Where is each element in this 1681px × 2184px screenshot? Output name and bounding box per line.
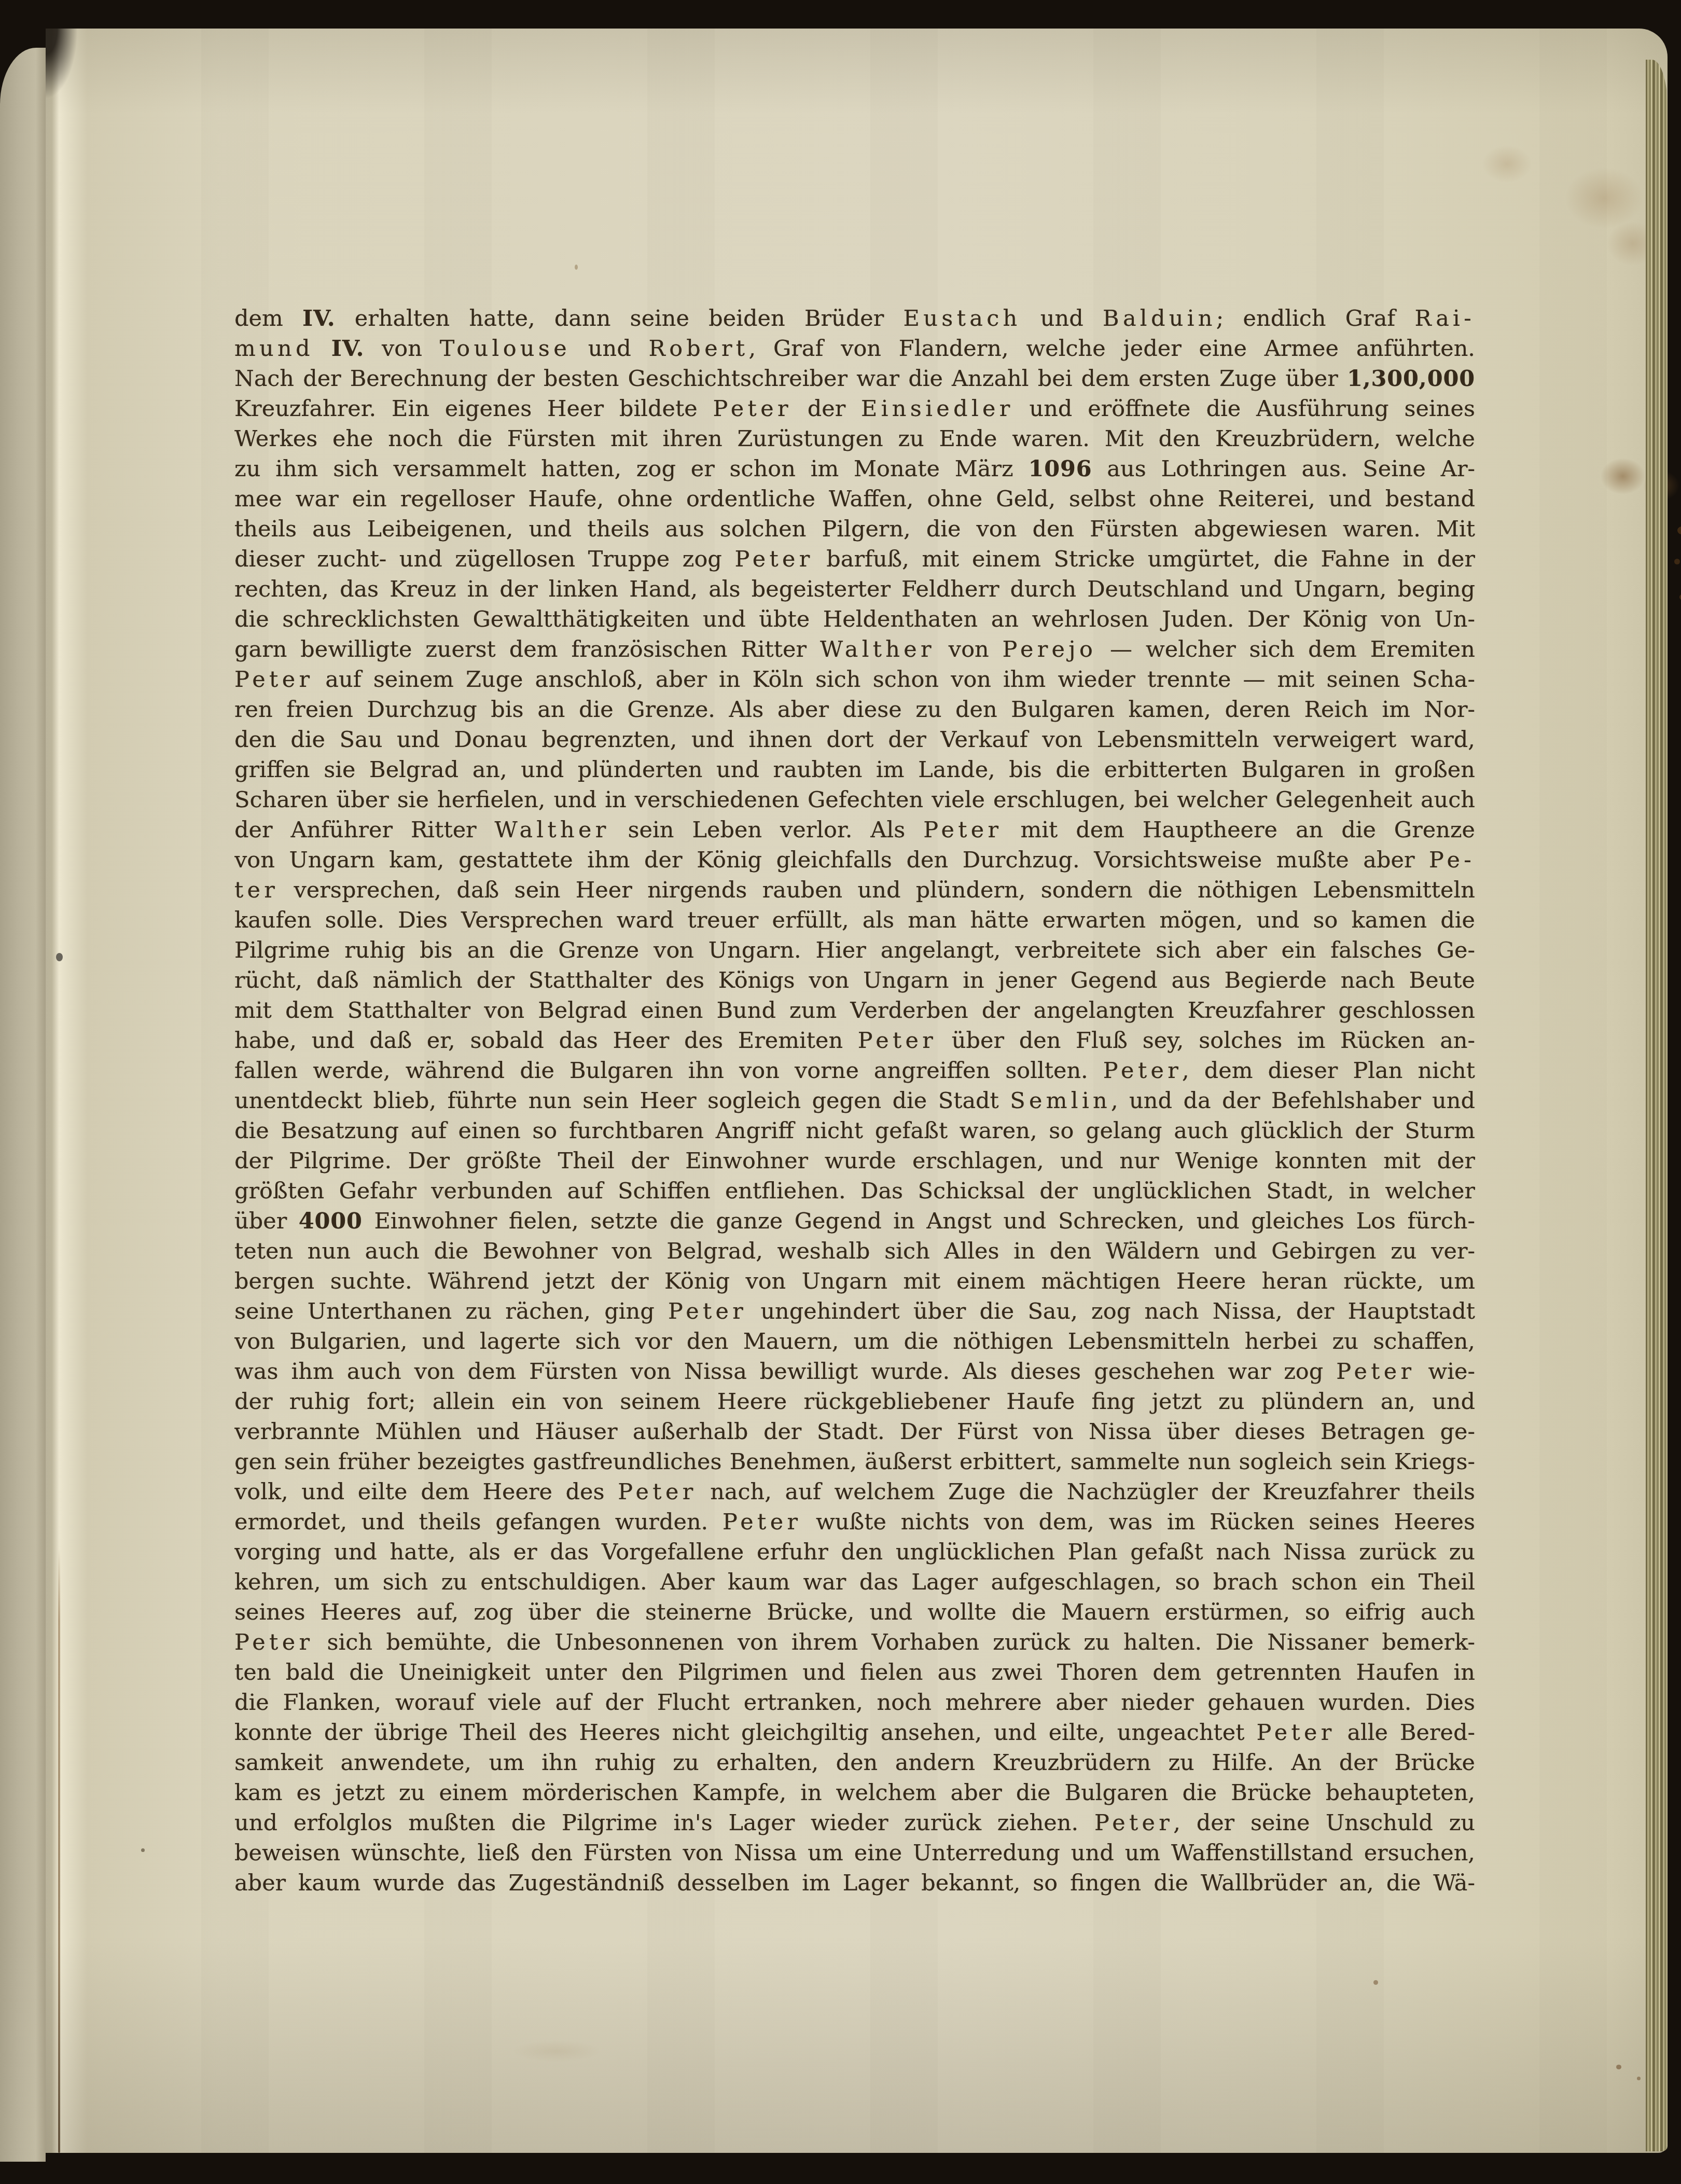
ink-speck [1677, 527, 1681, 534]
text-line: dem IV. erhalten hatte, dann seine beide… [234, 303, 1475, 334]
text-line: Werkes ehe noch die Fürsten mit ihren Zu… [234, 424, 1475, 454]
text-line: habe, und daß er, sobald das Heer des Er… [234, 1026, 1475, 1056]
text-line: seine Unterthanen zu rächen, ging Peter … [234, 1296, 1475, 1326]
text-line: Peter auf seinem Zuge anschloß, aber in … [234, 665, 1475, 695]
text-line: zu ihm sich versammelt hatten, zog er sc… [234, 454, 1475, 484]
text-line: mund IV. von Toulouse und Robert, Graf v… [234, 334, 1475, 364]
text-line: Kreuzfahrer. Ein eigenes Heer bildete Pe… [234, 394, 1475, 424]
text-line: bergen suchte. Während jetzt der König v… [234, 1266, 1475, 1296]
text-line: ermordet, und theils gefangen wurden. Pe… [234, 1507, 1475, 1537]
text-line: rücht, daß nämlich der Statthalter des K… [234, 965, 1475, 996]
ink-speck [1616, 2065, 1621, 2069]
text-line: die Besatzung auf einen so furchtbaren A… [234, 1116, 1475, 1146]
foxing-stain [1601, 458, 1645, 494]
ink-speck [141, 1848, 145, 1852]
text-line: von Ungarn kam, gestattete ihm der König… [234, 845, 1475, 875]
text-line: unentdeckt blieb, führte nun sein Heer s… [234, 1086, 1475, 1116]
text-line: ter versprechen, daß sein Heer nirgends … [234, 875, 1475, 905]
foxing-stain [1482, 145, 1532, 183]
text-line: mit dem Statthalter von Belgrad einen Bu… [234, 996, 1475, 1026]
text-line: konnte der übrige Theil des Heeres nicht… [234, 1718, 1475, 1748]
foxing-stain [1565, 168, 1643, 229]
text-line: gen sein früher bezeigtes gastfreundlich… [234, 1447, 1475, 1477]
book-photo: dem IV. erhalten hatte, dann seine beide… [0, 0, 1681, 2184]
text-line: kaufen solle. Dies Versprechen ward treu… [234, 905, 1475, 935]
text-line: verbrannte Mühlen und Häuser außerhalb d… [234, 1417, 1475, 1447]
text-line: Peter sich bemühte, die Unbesonnenen von… [234, 1627, 1475, 1657]
text-line: fallen werde, während die Bulgaren ihn v… [234, 1056, 1475, 1086]
text-line: griffen sie Belgrad an, und plünderten u… [234, 755, 1475, 785]
text-line: über 4000 Einwohner fielen, setzte die g… [234, 1206, 1475, 1236]
text-line: der Anführer Ritter Walther sein Leben v… [234, 815, 1475, 845]
text-line: größten Gefahr verbunden auf Schiffen en… [234, 1176, 1475, 1206]
page-stack-edge [1646, 60, 1668, 2151]
gutter-crease [58, 1549, 60, 2153]
text-line: samkeit anwendete, um ihn ruhig zu erhal… [234, 1748, 1475, 1778]
text-line: theils aus Leibeigenen, und theils aus s… [234, 514, 1475, 544]
text-line: teten nun auch die Bewohner von Belgrad,… [234, 1236, 1475, 1266]
text-line: die schrecklichsten Gewaltthätigkeiten u… [234, 604, 1475, 634]
ink-speck [1373, 1980, 1378, 1985]
text-line: kehren, um sich zu entschuldigen. Aber k… [234, 1567, 1475, 1597]
text-line: Pilgrime ruhig bis an die Grenze von Ung… [234, 935, 1475, 965]
text-line: Scharen über sie herfielen, und in versc… [234, 785, 1475, 815]
book-page: dem IV. erhalten hatte, dann seine beide… [46, 29, 1668, 2153]
paper-fiber [575, 265, 578, 270]
text-line: der ruhig fort; allein ein von seinem He… [234, 1387, 1475, 1417]
text-line: ten bald die Uneinigkeit unter den Pilgr… [234, 1657, 1475, 1688]
gutter-top-shadow [46, 29, 79, 101]
text-line: aber kaum wurde das Zugeständniß desselb… [234, 1868, 1475, 1898]
gutter-speck [56, 953, 63, 961]
text-line: mee war ein regelloser Haufe, ohne orden… [234, 484, 1475, 514]
text-line: ren freien Durchzug bis an die Grenze. A… [234, 695, 1475, 725]
ink-speck [1674, 559, 1680, 564]
text-line: seines Heeres auf, zog über die steinern… [234, 1597, 1475, 1627]
text-line: was ihm auch von dem Fürsten von Nissa b… [234, 1357, 1475, 1387]
page-text: dem IV. erhalten hatte, dann seine beide… [234, 303, 1475, 1898]
text-line: volk, und eilte dem Heere des Peter nach… [234, 1477, 1475, 1507]
text-line: vorging und hatte, als er das Vorgefalle… [234, 1537, 1475, 1567]
text-line: und erfolglos mußten die Pilgrime in's L… [234, 1808, 1475, 1838]
foxing-stain [512, 2040, 601, 2062]
ink-speck [1637, 2077, 1641, 2080]
text-line: Nach der Berechnung der besten Geschicht… [234, 364, 1475, 394]
text-line: den die Sau und Donau begrenzten, und ih… [234, 725, 1475, 755]
previous-page-edge [0, 48, 46, 2162]
text-line: von Bulgarien, und lagerte sich vor den … [234, 1326, 1475, 1357]
text-line: die Flanken, worauf viele auf der Flucht… [234, 1688, 1475, 1718]
text-line: der Pilgrime. Der größte Theil der Einwo… [234, 1146, 1475, 1176]
text-line: kam es jetzt zu einem mörderischen Kampf… [234, 1778, 1475, 1808]
text-line: garn bewilligte zuerst dem französischen… [234, 634, 1475, 665]
text-line: dieser zucht- und zügellosen Truppe zog … [234, 544, 1475, 574]
text-line: beweisen wünschte, ließ den Fürsten von … [234, 1838, 1475, 1868]
text-line: rechten, das Kreuz in der linken Hand, a… [234, 574, 1475, 604]
